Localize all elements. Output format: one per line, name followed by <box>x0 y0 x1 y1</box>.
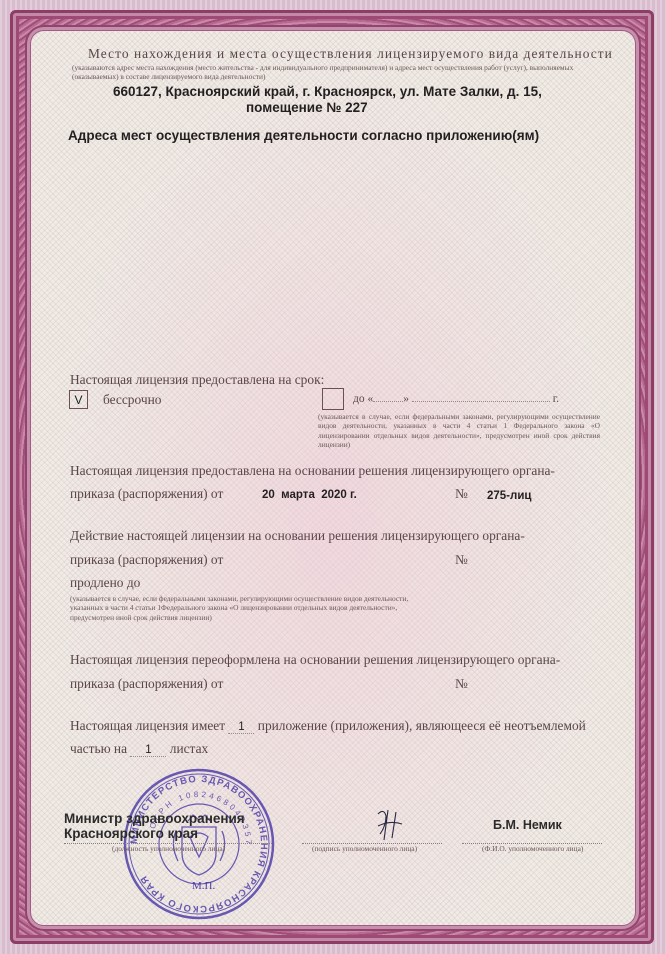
extended-until-label: продлено до <box>70 575 140 591</box>
grant-line-1: Настоящая лицензия предоставлена на осно… <box>70 463 555 479</box>
position-caption: (должность уполномоченного лица) <box>112 844 225 853</box>
until-day-blank <box>373 401 403 402</box>
location-heading: Место нахождения и места осуществления л… <box>88 46 613 62</box>
reissue-number-sign: № <box>455 676 468 692</box>
appendix-sheets: 1 <box>130 744 166 757</box>
extension-number-sign: № <box>455 552 468 568</box>
until-suffix: » <box>403 393 409 405</box>
indefinite-label: бессрочно <box>103 392 161 408</box>
signatory-position-line-1: Министр здравоохранения <box>64 811 245 826</box>
extension-note: (указывается в случае, если федеральными… <box>70 594 410 622</box>
handwritten-signature <box>370 804 410 844</box>
signatory-position-line-2: Красноярского края <box>64 826 198 841</box>
reissue-line-2: приказа (распоряжения) от <box>70 676 223 692</box>
term-label: Настоящая лицензия предоставлена на срок… <box>70 372 324 388</box>
grant-order-date: 20 марта 2020 г. <box>262 489 357 501</box>
appendix-line2-suffix: листах <box>170 741 208 756</box>
extension-line-1: Действие настоящей лицензии на основании… <box>70 528 525 544</box>
grant-line-2: приказа (распоряжения) от <box>70 486 223 502</box>
until-date-checkbox[interactable] <box>322 388 344 410</box>
stamp-place-mark: М.П. <box>192 880 215 892</box>
location-heading-note: (указываются адрес места нахождения (мес… <box>72 63 600 82</box>
signature-caption: (подпись уполномоченного лица) <box>312 844 417 853</box>
until-date-note: (указывается в случае, если федеральными… <box>318 412 600 449</box>
indefinite-checkbox[interactable]: V <box>69 390 88 409</box>
until-month-blank <box>412 401 550 402</box>
address-line-2: помещение № 227 <box>246 100 368 115</box>
address-line-1: 660127, Красноярский край, г. Красноярск… <box>113 84 542 99</box>
grant-order-number: 275-лиц <box>487 490 531 502</box>
appendix-line-2: частью на 1 листах <box>70 741 208 757</box>
check-mark-icon: V <box>74 393 82 407</box>
signatory-name: Б.М. Немик <box>493 818 562 832</box>
appendix-middle: приложение (приложения), являющееся её н… <box>258 718 586 733</box>
extension-line-2: приказа (распоряжения) от <box>70 552 223 568</box>
appendix-line2-prefix: частью на <box>70 741 127 756</box>
appendix-prefix: Настоящая лицензия имеет <box>70 718 225 733</box>
appendix-count: 1 <box>228 721 254 734</box>
grant-number-sign: № <box>455 486 468 502</box>
addresses-by-appendix: Адреса мест осуществления деятельности с… <box>68 128 539 143</box>
until-year-suffix: г. <box>553 393 559 405</box>
until-date-field: до «» г. <box>353 393 559 405</box>
until-prefix: до « <box>353 393 373 405</box>
appendix-line-1: Настоящая лицензия имеет 1 приложение (п… <box>70 718 586 734</box>
name-caption: (Ф.И.О. уполномоченного лица) <box>482 844 583 853</box>
reissue-line-1: Настоящая лицензия переоформлена на осно… <box>70 652 560 668</box>
